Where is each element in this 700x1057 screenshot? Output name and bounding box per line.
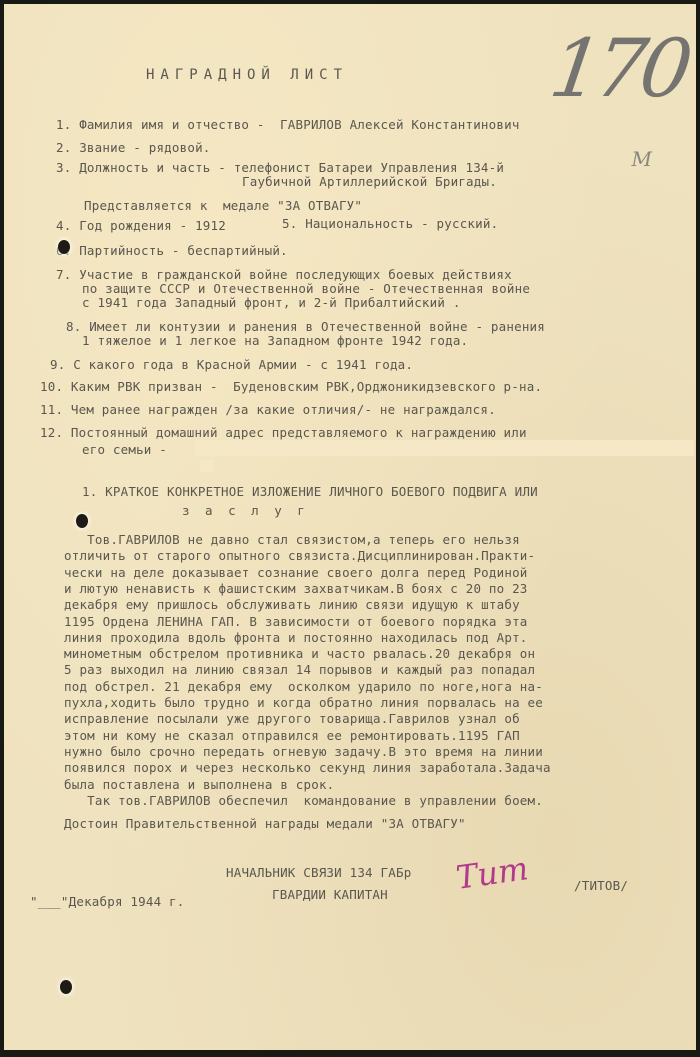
field-text: С какого года в Красной Армии - с 1941 г… [73,357,413,372]
field-text: Национальность - русский. [305,216,498,231]
field-text: Гаубичной Артиллерийской Бригады. [242,174,497,189]
field-line: Представляется к медале "ЗА ОТВАГУ" [84,200,362,213]
field-text: Должность и часть - телефонист Батареи У… [79,160,504,175]
redacted-area [200,460,214,472]
section-heading-sub: з а с л у г [182,505,309,518]
field-line: его семьи - [82,444,167,457]
narrative-line: декабря ему пришлось обслуживать линию с… [64,599,520,612]
field-text: Имеет ли контузии и ранения в Отечествен… [89,319,545,334]
narrative-line: Тов.ГАВРИЛОВ не давно стал связистом,а т… [64,534,520,547]
folio-number: 170 [545,22,693,115]
field-line: 9. С какого года в Красной Армии - с 194… [50,359,413,372]
narrative-line: отличить от старого опытного связиста.Ди… [64,550,535,563]
field-text: Постоянный домашний адрес представляемог… [71,425,527,440]
field-line: 5. Национальность - русский. [282,218,498,231]
field-line: 6. Партийность - беспартийный. [56,245,288,258]
punch-hole [60,980,72,994]
field-line: 10. Каким РВК призван - Буденовским РВК,… [40,381,542,394]
field-line: 12. Постоянный домашний адрес представля… [40,427,527,440]
field-line: 2. Звание - рядовой. [56,142,211,155]
field-line: 1 тяжелое и 1 легкое на Западном фронте … [82,335,468,348]
field-line: по защите СССР и Отечественной войне - О… [82,283,530,296]
narrative-line: исправление посылали уже другого товарищ… [64,713,520,726]
field-line: 1. Фамилия имя и отчество - ГАВРИЛОВ Але… [56,119,520,132]
narrative-line: под обстрел. 21 декабря ему осколком уда… [64,681,543,694]
field-line: с 1941 года Западный фронт, и 2-й Прибал… [82,297,461,310]
field-line: 4. Год рождения - 1912 [56,220,226,233]
field-number: 9. [50,357,73,372]
punch-hole [58,240,70,254]
narrative-line: чески на деле доказывает сознание своего… [64,567,528,580]
narrative-line: появился порох и через несколько секунд … [64,762,551,775]
field-text: по защите СССР и Отечественной войне - О… [82,281,530,296]
section-heading: 1. КРАТКОЕ КОНКРЕТНОЕ ИЗЛОЖЕНИЕ ЛИЧНОГО … [82,486,538,499]
field-number: 1. [56,117,79,132]
document-date: "___"Декабря 1944 г. [30,896,185,909]
narrative-line: минометным обстрелом противника и часто … [64,648,535,661]
field-number: 2. [56,140,79,155]
narrative-line: нужно было срочно передать огневую задач… [64,746,543,759]
conclusion-line: Достоин Правительственной награды медали… [64,818,466,831]
narrative-line: Так тов.ГАВРИЛОВ обеспечил командование … [64,795,543,808]
field-text: Представляется к медале "ЗА ОТВАГУ" [84,198,362,213]
field-number: 12. [40,425,71,440]
field-number: 11. [40,402,71,417]
margin-mark: М [632,147,652,171]
signature: Тит [454,849,531,897]
field-number: 5. [282,216,305,231]
document-title: НАГРАДНОЙ ЛИСТ [146,68,348,82]
field-text: Чем ранее награжден /за какие отличия/- … [71,402,496,417]
field-number: 10. [40,379,71,394]
field-text: Партийность - беспартийный. [79,243,288,258]
field-text: Каким РВК призван - Буденовским РВК,Ордж… [71,379,542,394]
field-number: 7. [56,267,79,282]
field-number: 8. [66,319,89,334]
field-text: Участие в гражданской войне последующих … [79,267,512,282]
narrative-line: этом ни кому не сказал отправился ее рем… [64,730,520,743]
field-number: 3. [56,160,79,175]
narrative-line: 1195 Ордена ЛЕНИНА ГАП. В зависимости от… [64,616,528,629]
field-text: его семьи - [82,442,167,457]
field-text: Год рождения - 1912 [79,218,226,233]
narrative-line: была поставлена и выполнена в срок. [64,779,334,792]
narrative-line: и лютую ненависть к фашистским захватчик… [64,583,528,596]
field-line: 11. Чем ранее награжден /за какие отличи… [40,404,496,417]
field-text: Звание - рядовой. [79,140,210,155]
field-line: 7. Участие в гражданской войне последующ… [56,269,512,282]
field-text: 1 тяжелое и 1 легкое на Западном фронте … [82,333,468,348]
field-line: 3. Должность и часть - телефонист Батаре… [56,162,504,175]
field-line: 8. Имеет ли контузии и ранения в Отечест… [66,321,545,334]
field-text: с 1941 года Западный фронт, и 2-й Прибал… [82,295,461,310]
field-line: Гаубичной Артиллерийской Бригады. [242,176,497,189]
award-sheet-page: 170 М НАГРАДНОЙ ЛИСТ 1. Фамилия имя и от… [4,4,696,1050]
punch-hole [76,514,88,528]
field-number: 4. [56,218,79,233]
narrative-line: линия проходила вдоль фронта и постоянно… [64,632,528,645]
narrative-line: пухла,ходить было трудно и когда обратно… [64,697,543,710]
narrative-line: 5 раз выходил на линию связал 14 порывов… [64,664,535,677]
signatory-position: НАЧАЛЬНИК СВЯЗИ 134 ГАБр [226,867,411,880]
redacted-area [194,440,694,456]
signatory-rank: ГВАРДИИ КАПИТАН [272,889,388,902]
field-text: Фамилия имя и отчество - ГАВРИЛОВ Алексе… [79,117,519,132]
signatory-name: /ТИТОВ/ [574,880,628,893]
